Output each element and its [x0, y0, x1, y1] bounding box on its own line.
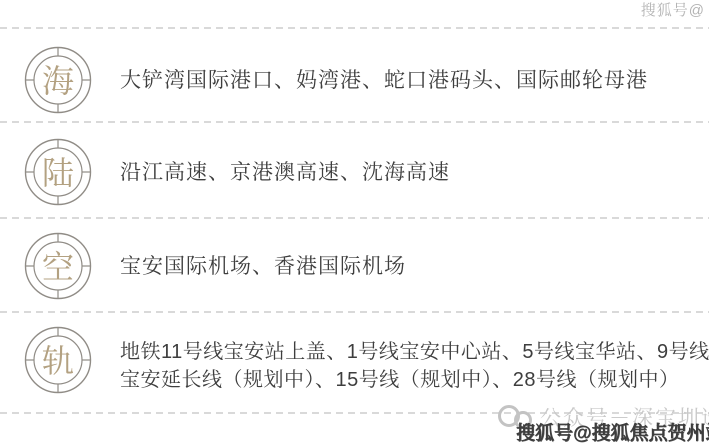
- land-routes-text: 沿江高速、京港澳高速、沈海高速: [120, 159, 709, 187]
- sea-routes-text: 大铲湾国际港口、妈湾港、蛇口港码头、国际邮轮母港: [120, 67, 709, 95]
- sohu-watermark-top: 搜狐号@: [641, 0, 705, 20]
- dashed-divider: [0, 311, 709, 313]
- rail-routes-text: 地铁11号线宝安站上盖、1号线宝安中心站、5号线宝华站、9号线宝安延长线（规划中…: [120, 338, 709, 394]
- land-icon: 陆: [24, 138, 92, 206]
- land-character: 陆: [42, 154, 74, 192]
- sohu-watermark-bottom: 搜狐号@搜狐焦点贺州站: [516, 418, 709, 445]
- rail-icon: 轨: [24, 326, 92, 394]
- air-icon: 空: [24, 232, 92, 300]
- air-character: 空: [42, 248, 74, 286]
- infographic-transport-card: 搜狐号@ 海 大铲湾国际港口、妈湾港、蛇口港码头、国际邮轮母港: [0, 0, 709, 445]
- dashed-divider: [0, 217, 709, 219]
- dashed-divider: [0, 121, 709, 123]
- sea-icon: 海: [24, 46, 92, 114]
- sea-character: 海: [42, 62, 74, 100]
- dashed-divider: [0, 27, 709, 29]
- rail-character: 轨: [42, 342, 74, 380]
- air-routes-text: 宝安国际机场、香港国际机场: [120, 253, 709, 281]
